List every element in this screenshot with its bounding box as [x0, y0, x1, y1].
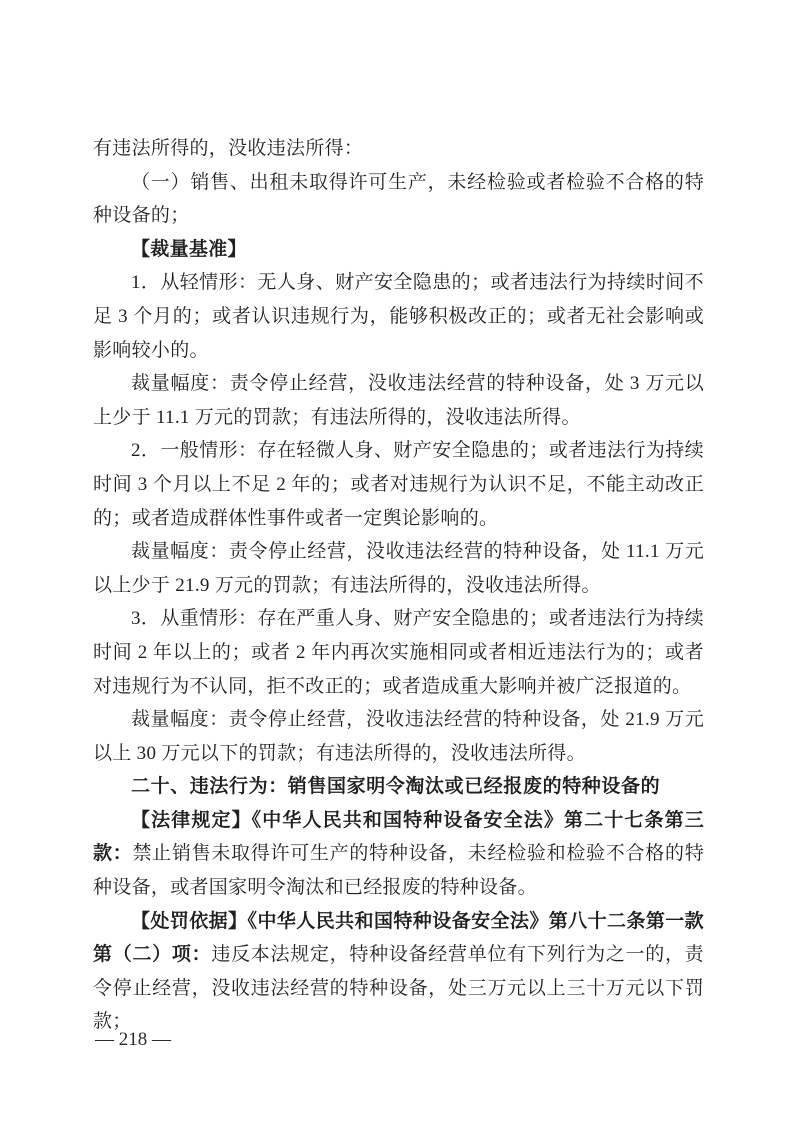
paragraph-general-circumstance: 2．一般情形：存在轻微人身、财产安全隐患的；或者违法行为持续时间 3 个月以上不… — [93, 434, 704, 535]
paragraph-penalty-basis: 【处罚依据】《中华人民共和国特种设备安全法》第八十二条第一款第（二）项：违反本法… — [93, 905, 704, 1039]
paragraph-continuation: 有违法所得的，没收违法所得： — [93, 132, 704, 166]
paragraph-severe-range: 裁量幅度：责令停止经营，没收违法经营的特种设备，处 21.9 万元以上 30 万… — [93, 703, 704, 770]
document-page: 有违法所得的，没收违法所得： （一）销售、出租未取得许可生产，未经检验或者检验不… — [0, 0, 793, 1122]
paragraph-severe-circumstance: 3．从重情形：存在严重人身、财产安全隐患的；或者违法行为持续时间 2 年以上的；… — [93, 602, 704, 703]
paragraph-legal-provision: 【法律规定】《中华人民共和国特种设备安全法》第二十七条第三款：禁止销售未取得许可… — [93, 804, 704, 905]
paragraph-item-1: （一）销售、出租未取得许可生产，未经检验或者检验不合格的特种设备的； — [93, 166, 704, 233]
discretion-basis-label: 【裁量基准】 — [93, 233, 704, 267]
paragraph-lenient-circumstance: 1．从轻情形：无人身、财产安全隐患的；或者违法行为持续时间不足 3 个月的；或者… — [93, 266, 704, 367]
page-number: — 218 — — [95, 1028, 171, 1052]
paragraph-general-range: 裁量幅度：责令停止经营，没收违法经营的特种设备，处 11.1 万元以上少于 21… — [93, 535, 704, 602]
document-body: 有违法所得的，没收违法所得： （一）销售、出租未取得许可生产，未经检验或者检验不… — [93, 132, 704, 1039]
paragraph-lenient-range: 裁量幅度：责令停止经营，没收违法经营的特种设备，处 3 万元以上少于 11.1 … — [93, 367, 704, 434]
section-heading-20: 二十、违法行为：销售国家明令淘汰或已经报废的特种设备的 — [93, 770, 704, 804]
legal-provision-text: 禁止销售未取得许可生产的特种设备，未经检验和检验不合格的特种设备，或者国家明令淘… — [93, 843, 704, 898]
